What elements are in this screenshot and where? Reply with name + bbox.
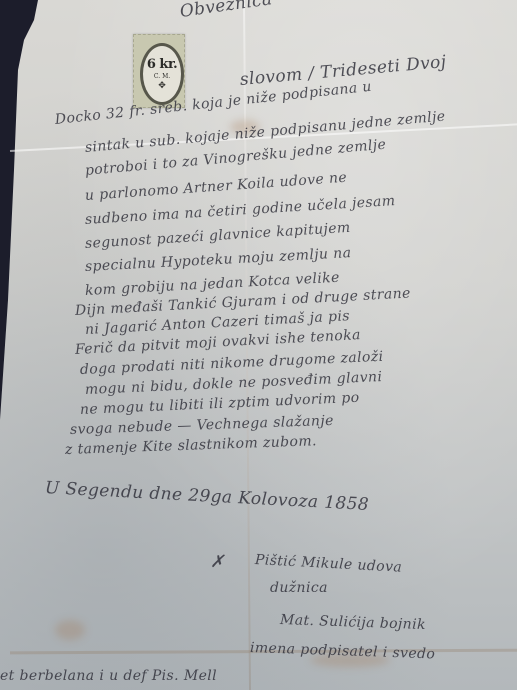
stamp-currency: C. M. xyxy=(154,73,170,80)
signature-mark-x: ✗ xyxy=(210,552,225,572)
signature-line: dužnica xyxy=(270,580,328,596)
stamp-value: 6 kr. xyxy=(147,57,177,72)
revenue-stamp: 6 kr. C. M. ✥ xyxy=(133,34,185,108)
stamp-oval: 6 kr. C. M. ✥ xyxy=(140,43,184,105)
water-stain xyxy=(55,620,85,640)
bottom-partial-line: et berbelana i u def Pis. Mell xyxy=(0,668,217,684)
double-eagle-icon: ✥ xyxy=(158,81,166,91)
